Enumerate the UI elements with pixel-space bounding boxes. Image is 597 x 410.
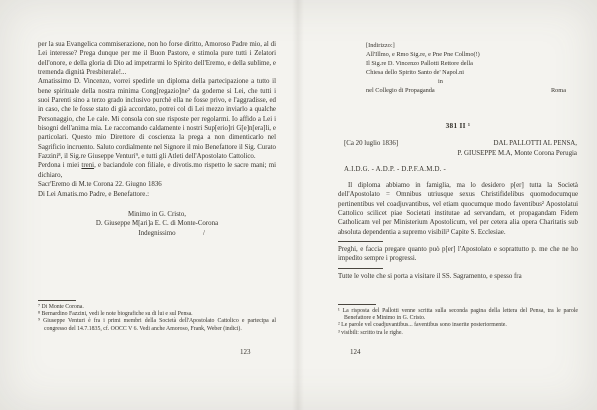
footnote-rule <box>38 300 76 301</box>
body-paragraph: Tutte le volte che si porta a visitare i… <box>338 272 578 281</box>
letter-number-heading: 381 II ¹ <box>338 121 578 130</box>
page-number: 123 <box>240 348 251 356</box>
footnote: ⁹ Giuseppe Venturi è fra i primi membri … <box>38 318 276 332</box>
closing-text: Perdona i miei <box>38 162 81 169</box>
signature-block: Minimo in G. Cristo, D. Giuseppe M[ari]a… <box>38 210 276 238</box>
slash-mark: / <box>203 229 205 238</box>
fragment-separator <box>338 268 383 269</box>
footnote: ³ visibili: scritto tra le righe. <box>338 330 578 337</box>
letter-body-right: Il diploma abbiamo in famiglia, ma lo de… <box>338 181 578 281</box>
page-gutter <box>292 0 304 410</box>
address-line: nel Collegio di Propaganda Roma <box>366 86 566 95</box>
page-124: [Indirizzo:] All'Illmo, e Rmo Sig.re, e … <box>338 0 578 410</box>
page-123: per la sua Evangelica commiserazione, no… <box>38 0 276 410</box>
valediction-line: Di Lei Amatis.mo Padre, e Benefattore.: <box>38 190 276 199</box>
place-date-line: Sacr'Eremo di M.te Corona 22. Giugno 183… <box>38 180 276 189</box>
fragment-separator <box>338 241 383 242</box>
footnote-rule <box>338 304 376 305</box>
closing-paragraph: Perdona i miei treni, e baciandole con f… <box>38 161 276 180</box>
date-sender-line: [Ca 20 luglio 1836] DAL PALLOTTI AL PENS… <box>344 140 577 147</box>
salutation-initials: A.I.D.G. - A.D.P. - D.P.F.A.M.D. - <box>344 166 446 173</box>
body-paragraph: Preghi, e faccia pregare quanto può p[er… <box>338 245 578 264</box>
address-line: Il Sig.re D. Vincenzo Pallotti Rettore d… <box>366 59 566 68</box>
letter-body-left: per la sua Evangelica commiserazione, no… <box>38 40 276 238</box>
letter-date: [Ca 20 luglio 1836] <box>344 140 398 147</box>
address-line: All'Illmo, e Rmo Sig.re, e Pne Pne Collm… <box>366 50 566 59</box>
footnotes-left: ⁷ Di Monte Corona. ⁸ Bernardino Fazzini,… <box>38 300 276 333</box>
sender-line: DAL PALLOTTI AL PENSA, <box>494 140 577 147</box>
signature-line: Minimo in G. Cristo, <box>38 210 276 219</box>
address-line: [Indirizzo:] <box>366 41 566 50</box>
body-paragraph: per la sua Evangelica commiserazione, no… <box>38 40 276 77</box>
address-line: Chiesa dello Spirito Santo de' Napol.ni <box>366 68 566 77</box>
body-paragraph: Il diploma abbiamo in famiglia, ma lo de… <box>338 181 578 237</box>
underlined-word: treni <box>81 162 94 169</box>
footnote: ¹ La risposta del Pallotti venne scritta… <box>338 308 578 322</box>
signature-text: Indegnissimo <box>138 230 175 237</box>
address-line: in <box>366 77 566 86</box>
page-number: 124 <box>350 348 361 356</box>
address-block: [Indirizzo:] All'Illmo, e Rmo Sig.re, e … <box>366 41 566 95</box>
signature-line: Indegnissimo / <box>38 229 276 238</box>
footnotes-right: ¹ La risposta del Pallotti venne scritta… <box>338 304 578 337</box>
sender-line: P. GIUSEPPE M.A, Monte Corona Perugia <box>338 150 577 157</box>
footnote: ² Le parole vel coadjuvantibus... favent… <box>338 322 578 329</box>
address-text: nel Collegio di Propaganda <box>366 86 435 95</box>
signature-line: D. Giuseppe M[ari]a E. C. di Monte-Coron… <box>38 219 276 228</box>
body-paragraph: Amatissimo D. Vincenzo, vorrei spedirle … <box>38 77 276 161</box>
book-spread-scan: per la sua Evangelica commiserazione, no… <box>0 0 597 410</box>
address-city: Roma <box>551 86 566 95</box>
